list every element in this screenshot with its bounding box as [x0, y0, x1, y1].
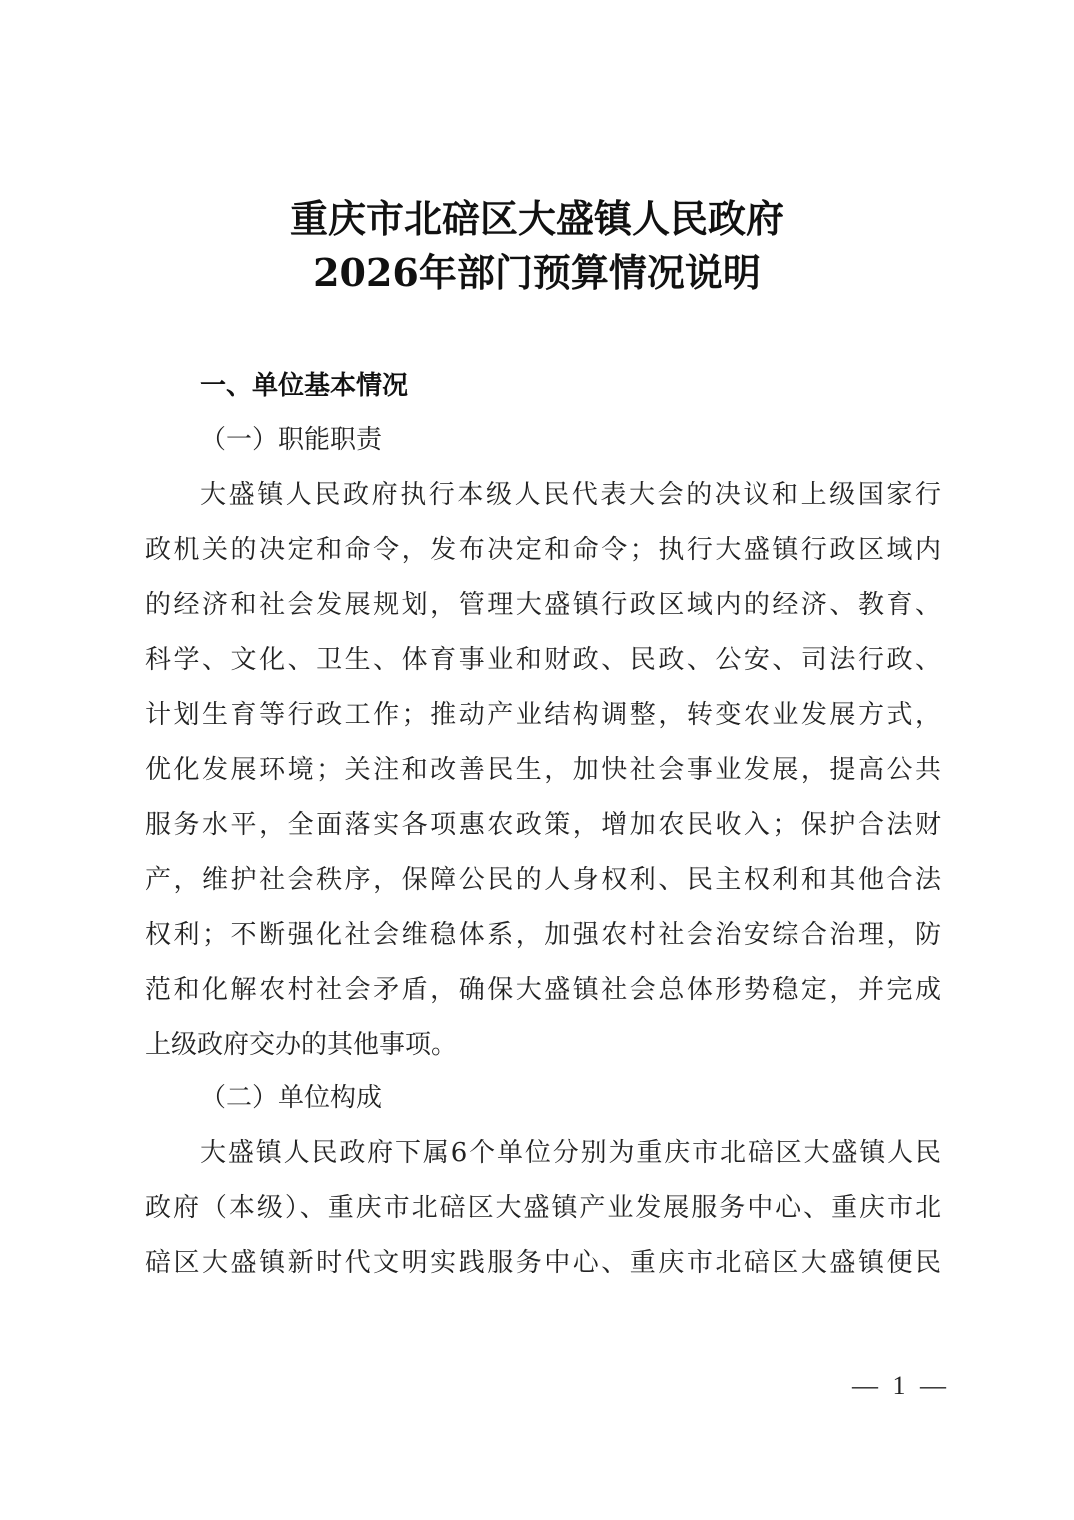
- paragraph-line: 政府（本级）、重庆市北碚区大盛镇产业发展服务中心、重庆市北: [145, 1188, 941, 1228]
- paragraph-line: 大盛镇人民政府执行本级人民代表大会的决议和上级国家行: [200, 475, 941, 515]
- paragraph-line: 上级政府交办的其他事项。: [145, 1025, 941, 1065]
- paragraph-line: 计划生育等行政工作；推动产业结构调整，转变农业发展方式，: [145, 695, 941, 735]
- section-heading-basic-info: 一、单位基本情况: [200, 366, 408, 406]
- document-page: 重庆市北碚区大盛镇人民政府 2026年部门预算情况说明 一、单位基本情况 （一）…: [0, 0, 1074, 1520]
- paragraph-line: 大盛镇人民政府下属6个单位分别为重庆市北碚区大盛镇人民: [200, 1133, 941, 1173]
- paragraph-line: 产，维护社会秩序，保障公民的人身权利、民主权利和其他合法: [145, 860, 941, 900]
- paragraph-line: 范和化解农村社会矛盾，确保大盛镇社会总体形势稳定，并完成: [145, 970, 941, 1010]
- subsection-heading-composition: （二）单位构成: [200, 1078, 382, 1118]
- document-title-line2: 2026年部门预算情况说明: [0, 246, 1074, 300]
- paragraph-line: 政机关的决定和命令，发布决定和命令；执行大盛镇行政区域内: [145, 530, 941, 570]
- paragraph-line: 的经济和社会发展规划，管理大盛镇行政区域内的经济、教育、: [145, 585, 941, 625]
- page-number: — 1 —: [852, 1368, 950, 1404]
- paragraph-line: 权利；不断强化社会维稳体系，加强农村社会治安综合治理，防: [145, 915, 941, 955]
- paragraph-line: 服务水平，全面落实各项惠农政策，增加农民收入；保护合法财: [145, 805, 941, 845]
- paragraph-line: 碚区大盛镇新时代文明实践服务中心、重庆市北碚区大盛镇便民: [145, 1243, 941, 1283]
- paragraph-line: 科学、文化、卫生、体育事业和财政、民政、公安、司法行政、: [145, 640, 941, 680]
- subsection-heading-functions: （一）职能职责: [200, 420, 382, 460]
- document-title-line1: 重庆市北碚区大盛镇人民政府: [0, 192, 1074, 246]
- paragraph-line: 优化发展环境；关注和改善民生，加快社会事业发展，提高公共: [145, 750, 941, 790]
